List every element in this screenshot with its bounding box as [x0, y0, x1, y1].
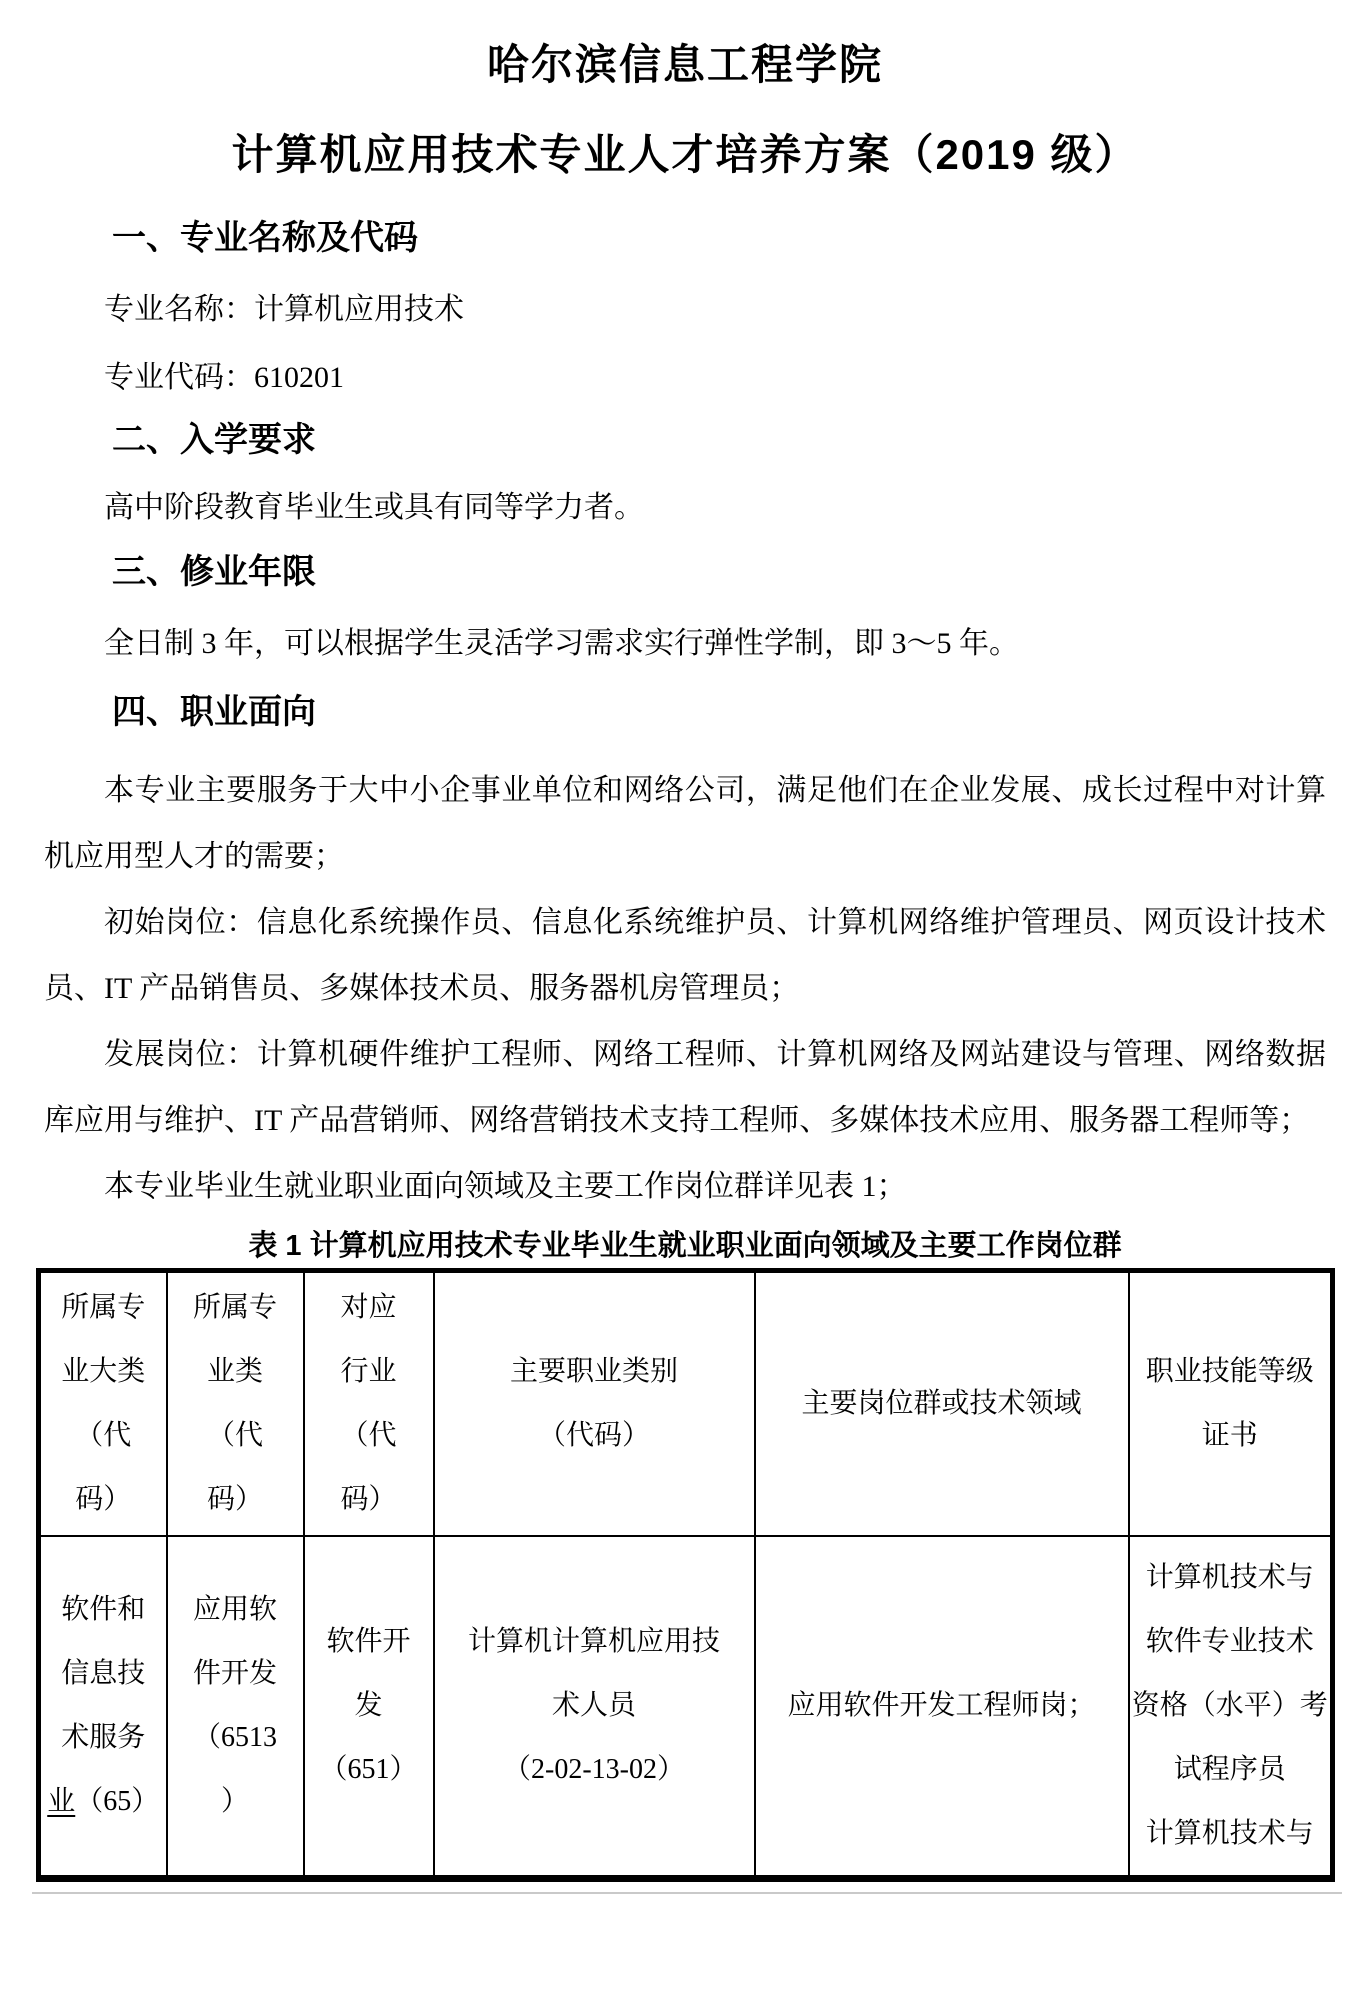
table-header-row: 所属专 业大类 （代 码） 所属专 业类 （代 码） 对应 行业 （代 码） [39, 1271, 1333, 1537]
cell-line: （2-02-13-02） [435, 1738, 754, 1802]
cell-line: 计算机技术与 [1130, 1546, 1331, 1610]
cell-line: 资格（水平）考 [1130, 1674, 1331, 1738]
section-1-paragraph-2: 专业代码：610201 [44, 356, 1326, 400]
header-cell-category: 所属专 业类 （代 码） [167, 1271, 304, 1537]
table-row: 软件和 信息技 术服务 业（65） 应用软 件开发 （6513 ） 软件开 发 … [39, 1536, 1333, 1879]
cell-line: 软件和 [41, 1578, 166, 1642]
cell-line: 行业 [305, 1340, 433, 1404]
section-4-heading: 四、职业面向 [44, 690, 1326, 734]
cell-line: 所属专 [168, 1276, 303, 1340]
cell-line: 软件开 [305, 1610, 433, 1674]
table-caption: 表 1 计算机应用技术专业毕业生就业职业面向领域及主要工作岗位群 [44, 1226, 1326, 1266]
cell-line: （代 [305, 1404, 433, 1468]
document-page: 哈尔滨信息工程学院 计算机应用技术专业人才培养方案（2019 级） 一、专业名称… [0, 0, 1366, 1996]
section-4-paragraph-4: 本专业毕业生就业职业面向领域及主要工作岗位群详见表 1； [44, 1154, 1326, 1220]
cell-line: 试程序员 [1130, 1738, 1331, 1802]
cell-text: （65） [75, 1786, 159, 1817]
cell-line: 证书 [1130, 1404, 1331, 1468]
section-3-heading: 三、修业年限 [44, 550, 1326, 594]
cell-line: 应用软 [168, 1578, 303, 1642]
section-1-paragraph-1: 专业名称：计算机应用技术 [44, 288, 1326, 332]
cell-certificates: 计算机技术与 软件专业技术 资格（水平）考 试程序员 计算机技术与 [1129, 1536, 1333, 1879]
cell-line: 业大类 [41, 1340, 166, 1404]
cell-line: （代码） [435, 1404, 754, 1468]
section-1-heading: 一、专业名称及代码 [44, 216, 1326, 260]
underlined-text: 业 [47, 1786, 75, 1817]
header-cell-certificates: 职业技能等级 证书 [1129, 1271, 1333, 1537]
cell-line: （6513 [168, 1706, 303, 1770]
section-3-paragraph-1: 全日制 3 年，可以根据学生灵活学习需求实行弹性学制，即 3～5 年。 [44, 622, 1326, 666]
cell-line: （651） [305, 1738, 433, 1802]
cell-line: ） [168, 1770, 303, 1834]
cell-line: 信息技 [41, 1642, 166, 1706]
header-cell-industry: 对应 行业 （代 码） [304, 1271, 434, 1537]
cell-line: 软件专业技术 [1130, 1610, 1331, 1674]
cell-line: 计算机技术与 [1130, 1802, 1331, 1866]
cell-line: （代 [168, 1404, 303, 1468]
cell-line: 术人员 [435, 1674, 754, 1738]
cell-line: 码） [305, 1468, 433, 1532]
doc-title-line-2: 计算机应用技术专业人才培养方案（2019 级） [44, 128, 1326, 182]
careers-table: 所属专 业大类 （代 码） 所属专 业类 （代 码） 对应 行业 （代 码） [36, 1268, 1335, 1882]
section-2-paragraph-1: 高中阶段教育毕业生或具有同等学力者。 [44, 486, 1326, 530]
cell-line: 职业技能等级 [1130, 1340, 1331, 1404]
cell-industry: 软件开 发 （651） [304, 1536, 434, 1879]
header-cell-major-category: 所属专 业大类 （代 码） [39, 1271, 167, 1537]
section-4-paragraph-3: 发展岗位：计算机硬件维护工程师、网络工程师、计算机网络及网站建设与管理、网络数据… [44, 1022, 1326, 1154]
cell-positions: 应用软件开发工程师岗； [755, 1536, 1129, 1879]
page-edge-line [32, 1892, 1342, 1894]
cell-occupation: 计算机计算机应用技 术人员 （2-02-13-02） [434, 1536, 755, 1879]
cell-line: 件开发 [168, 1642, 303, 1706]
section-4-paragraph-2: 初始岗位：信息化系统操作员、信息化系统维护员、计算机网络维护管理员、网页设计技术… [44, 890, 1326, 1022]
header-cell-positions: 主要岗位群或技术领域 [755, 1271, 1129, 1537]
cell-line: （代 [41, 1404, 166, 1468]
cell-line: 发 [305, 1674, 433, 1738]
section-4-paragraph-1: 本专业主要服务于大中小企事业单位和网络公司，满足他们在企业发展、成长过程中对计算… [44, 758, 1326, 890]
cell-major-category: 软件和 信息技 术服务 业（65） [39, 1536, 167, 1879]
cell-line: 主要职业类别 [435, 1340, 754, 1404]
cell-line: 码） [41, 1468, 166, 1532]
header-cell-occupation: 主要职业类别 （代码） [434, 1271, 755, 1537]
cell-line: 术服务 [41, 1706, 166, 1770]
cell-line: 应用软件开发工程师岗； [756, 1674, 1128, 1738]
cell-line: 计算机计算机应用技 [435, 1610, 754, 1674]
cell-line: 业（65） [41, 1770, 166, 1834]
cell-line: 对应 [305, 1276, 433, 1340]
cell-line: 业类 [168, 1340, 303, 1404]
section-2-heading: 二、入学要求 [44, 418, 1326, 462]
cell-line: 主要岗位群或技术领域 [756, 1372, 1128, 1436]
cell-line: 码） [168, 1468, 303, 1532]
doc-title-line-1: 哈尔滨信息工程学院 [44, 38, 1326, 92]
cell-category: 应用软 件开发 （6513 ） [167, 1536, 304, 1879]
cell-line: 所属专 [41, 1276, 166, 1340]
